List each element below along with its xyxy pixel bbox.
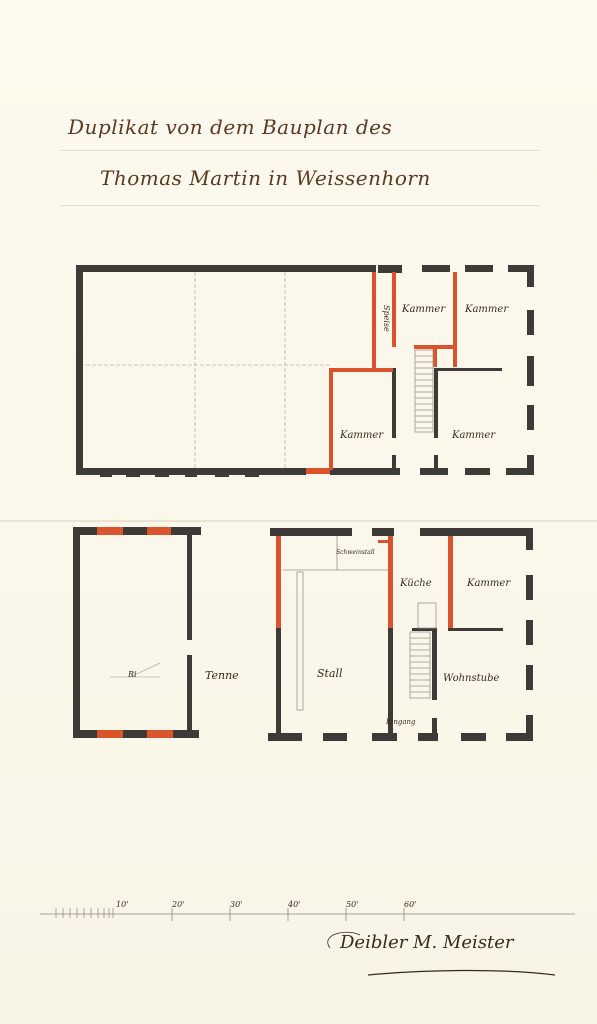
wall-ticks: [100, 475, 259, 477]
scale-minor-ticks: [56, 908, 113, 918]
room-label: Stall: [317, 667, 343, 680]
room-label: Schweinstall: [336, 549, 375, 556]
house-existing-walls: [268, 528, 533, 741]
room-label: Ri: [127, 670, 137, 679]
barn-block: [73, 527, 201, 738]
room-label: Eingang: [385, 718, 416, 726]
room-label: Kammer: [401, 304, 446, 315]
stall-partitions: [283, 536, 436, 710]
upper-floor-plan: Kammer Kammer Kammer Kammer Speise: [76, 265, 534, 477]
room-label: Kammer: [451, 430, 496, 441]
scale-label: 50': [346, 900, 358, 909]
floor-plan-drawing: Kammer Kammer Kammer Kammer Speise: [0, 0, 597, 1024]
scale-bar: 10' 20' 30' 40' 50' 60': [40, 900, 575, 921]
room-label: Küche: [399, 578, 432, 589]
scale-major-ticks: [172, 908, 404, 921]
signature: Deibler M. Meister: [340, 932, 514, 953]
signature-flourish: [368, 970, 555, 975]
room-label: Tenne: [205, 669, 239, 682]
room-label: Speise: [382, 305, 391, 332]
ground-floor-plan: Ri Tenne Schweinstall Stall Küche Kammer…: [73, 527, 533, 741]
staircase: [410, 632, 430, 698]
scale-label: 30': [230, 900, 242, 909]
scale-label: 20': [171, 900, 184, 909]
room-label: Kammer: [466, 578, 511, 589]
grid-lines: [80, 272, 330, 468]
scale-label: 10': [116, 900, 128, 909]
staircase: [415, 350, 433, 432]
room-label: Kammer: [339, 430, 384, 441]
scale-label: 60': [404, 900, 416, 909]
room-label: Kammer: [464, 304, 509, 315]
room-label: Wohnstube: [443, 673, 499, 684]
scale-label: 40': [287, 900, 300, 909]
existing-walls: [76, 265, 534, 475]
